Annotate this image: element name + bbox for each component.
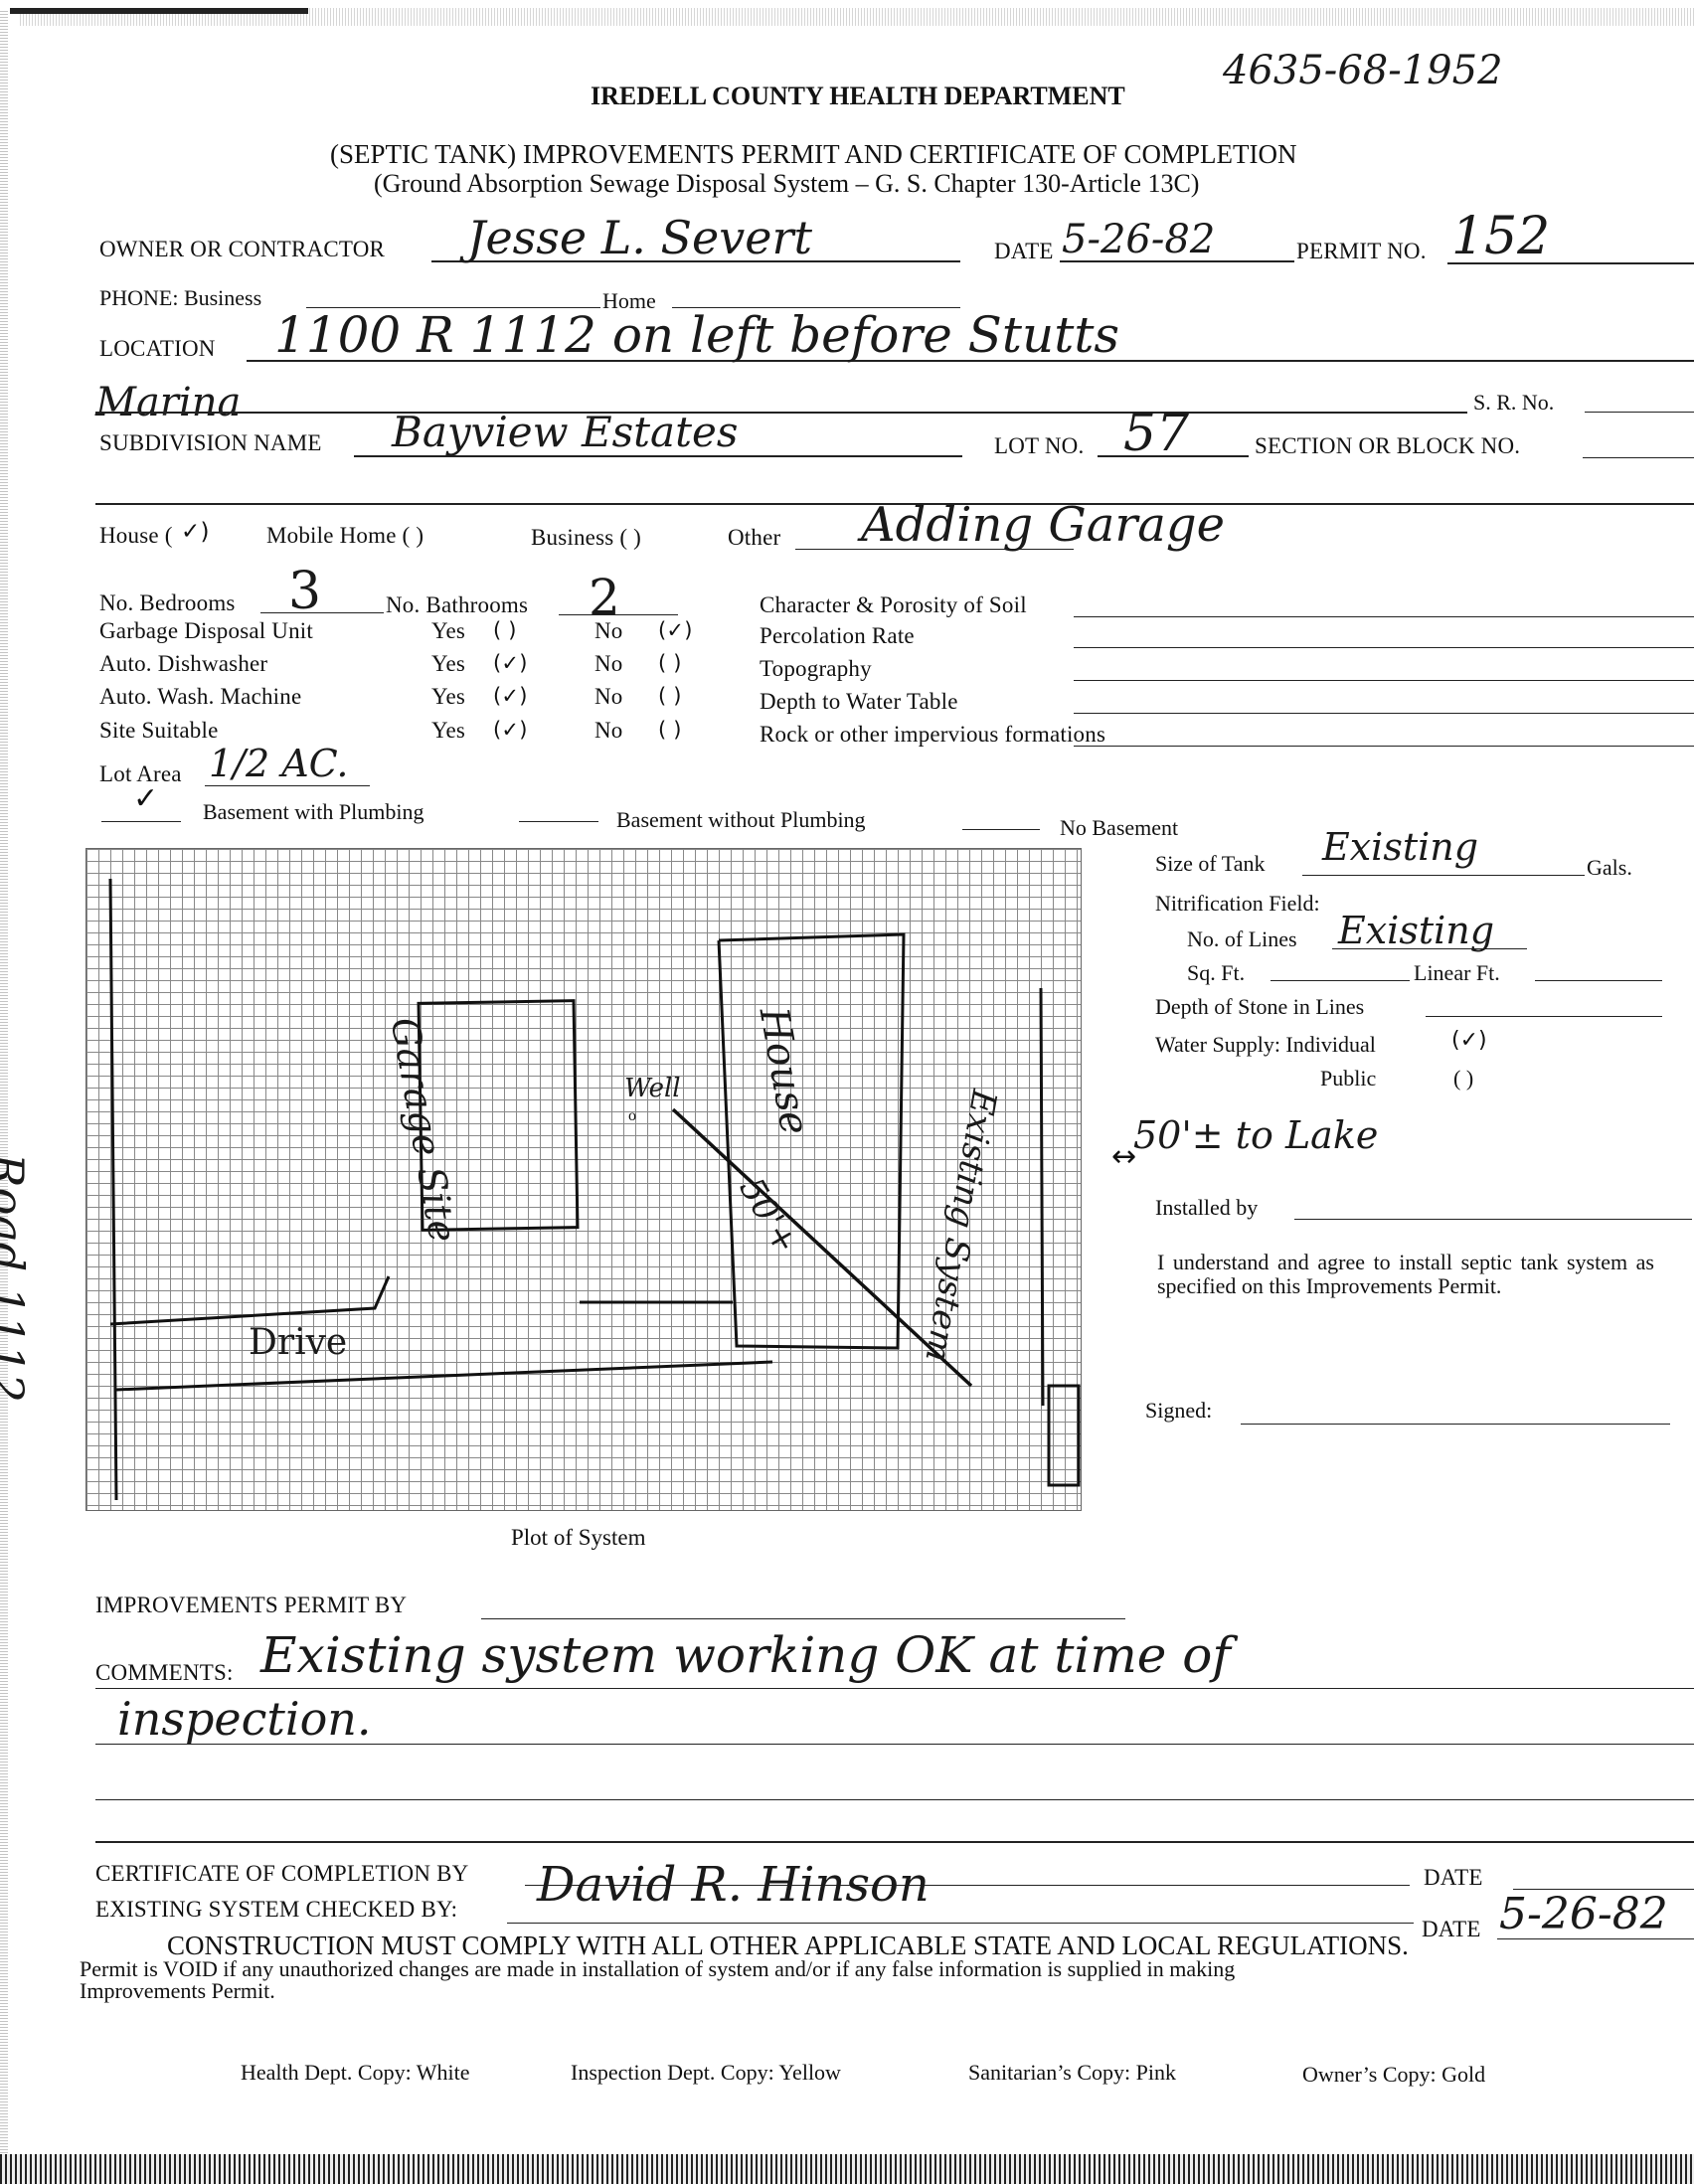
form-subtitle: (Ground Absorption Sewage Disposal Syste… [374, 169, 1199, 199]
linear-ft-field[interactable] [1535, 980, 1662, 981]
copy-owner: Owner’s Copy: Gold [1302, 2062, 1485, 2088]
appliance-label: Auto. Dishwasher [99, 651, 267, 677]
checked-by-label: EXISTING SYSTEM CHECKED BY: [95, 1897, 457, 1923]
soil-field[interactable] [1074, 746, 1694, 747]
plot-grid [85, 848, 1082, 1511]
yes-checkbox[interactable]: (✓) [493, 651, 528, 675]
owner-label: OWNER OR CONTRACTOR [99, 237, 385, 262]
section-label: SECTION OR BLOCK NO. [1255, 433, 1520, 459]
plot-well-label: Well [624, 1074, 681, 1103]
phone-business-label: PHONE: Business [99, 285, 261, 311]
soil-label: Rock or other impervious formations [760, 722, 1105, 748]
water-individual-checkbox[interactable]: (✓) [1451, 1028, 1487, 1053]
tank-size-line [1302, 875, 1585, 876]
yes-label: Yes [431, 618, 465, 644]
no-label: No [594, 618, 623, 644]
plot-road-label: Road 1112 [0, 1153, 34, 1403]
water-individual-label: Water Supply: Individual [1155, 1032, 1376, 1058]
plot-drawing [86, 849, 1081, 1510]
mobile-home-checkbox[interactable]: Mobile Home ( ) [266, 523, 423, 549]
void-notice-2: Improvements Permit. [80, 1978, 275, 2004]
installed-by-label: Installed by [1155, 1195, 1258, 1221]
no-label: No [594, 718, 623, 744]
gals-label: Gals. [1587, 855, 1632, 881]
checked-by-line [507, 1923, 1414, 1924]
arrow-icon: ↔ [1111, 1139, 1136, 1174]
scan-edge-dark [10, 8, 308, 14]
permit-no-field[interactable]: 152 [1451, 207, 1550, 266]
certificate-label: CERTIFICATE OF COMPLETION BY [95, 1861, 468, 1887]
appliance-label: Garbage Disposal Unit [99, 618, 313, 644]
lot-area-field[interactable]: 1/2 AC. [209, 742, 348, 785]
basement-with-check: ✓ [133, 781, 158, 816]
section-field[interactable] [1583, 457, 1694, 458]
house-checkbox[interactable]: ✓) [181, 519, 210, 545]
other-field[interactable]: Adding Garage [861, 497, 1225, 553]
lines-field[interactable]: Existing [1338, 909, 1494, 952]
plot-drive-label: Drive [249, 1322, 347, 1363]
lines-label: No. of Lines [1187, 926, 1297, 952]
yes-checkbox[interactable]: ( ) [493, 618, 517, 642]
sqft-field[interactable] [1270, 980, 1410, 981]
tank-size-field[interactable]: Existing [1322, 825, 1478, 869]
sqft-label: Sq. Ft. [1187, 960, 1245, 986]
owner-field[interactable]: Jesse L. Severt [467, 211, 812, 264]
soil-label: Character & Porosity of Soil [760, 592, 1027, 618]
soil-label: Topography [760, 656, 872, 682]
certificate-signature[interactable]: David R. Hinson [537, 1857, 930, 1913]
basement-without-label: Basement without Plumbing [616, 807, 866, 833]
no-label: No [594, 684, 623, 710]
yes-label: Yes [431, 684, 465, 710]
comments-label: COMMENTS: [95, 1660, 234, 1686]
soil-label: Percolation Rate [760, 623, 915, 649]
no-label: No [594, 651, 623, 677]
yes-checkbox[interactable]: (✓) [493, 684, 528, 708]
permit-by-field[interactable] [481, 1618, 1125, 1619]
signed-label: Signed: [1145, 1398, 1212, 1424]
basement-with-blank[interactable] [101, 821, 181, 822]
lot-no-label: LOT NO. [994, 433, 1084, 459]
lot-no-field[interactable]: 57 [1123, 404, 1189, 463]
basement-without-blank[interactable] [519, 821, 598, 822]
permit-no-label: PERMIT NO. [1296, 239, 1427, 264]
date-label: DATE [994, 239, 1054, 264]
subdivision-field[interactable]: Bayview Estates [392, 408, 738, 456]
comments-line-2[interactable]: inspection. [117, 1692, 372, 1746]
appliance-label: Site Suitable [99, 718, 219, 744]
stone-depth-label: Depth of Stone in Lines [1155, 994, 1364, 1020]
linear-ft-label: Linear Ft. [1414, 960, 1500, 986]
comments-rule-1 [95, 1688, 1694, 1689]
scan-edge-left [0, 10, 8, 2177]
yes-checkbox[interactable]: (✓) [493, 718, 528, 742]
soil-label: Depth to Water Table [760, 689, 958, 715]
handwritten-parcel-number: 4635-68-1952 [1223, 48, 1503, 93]
nitrification-label: Nitrification Field: [1155, 891, 1320, 917]
subdivision-label: SUBDIVISION NAME [99, 430, 322, 456]
permit-by-label: IMPROVEMENTS PERMIT BY [95, 1593, 407, 1618]
date-field[interactable]: 5-26-82 [1062, 217, 1215, 262]
water-public-label: Public [1320, 1066, 1376, 1092]
location-field-line-2[interactable]: Marina [95, 380, 241, 425]
divider-2 [95, 1841, 1694, 1843]
soil-field[interactable] [1074, 713, 1694, 714]
yes-label: Yes [431, 718, 465, 744]
bedrooms-label: No. Bedrooms [99, 590, 236, 616]
no-checkbox[interactable]: ( ) [658, 718, 682, 742]
no-basement-label: No Basement [1060, 815, 1178, 841]
soil-field[interactable] [1074, 680, 1694, 681]
tank-size-label: Size of Tank [1155, 851, 1265, 877]
scan-edge-bottom [0, 2154, 1694, 2184]
copy-inspection-dept: Inspection Dept. Copy: Yellow [571, 2060, 841, 2086]
location-field[interactable]: 1100 R 1112 on left before Stutts [274, 306, 1119, 364]
business-checkbox[interactable]: Business ( ) [531, 525, 641, 551]
sr-no-field[interactable] [1585, 412, 1694, 413]
plot-caption: Plot of System [511, 1525, 645, 1551]
no-checkbox[interactable]: ( ) [658, 651, 682, 675]
agreement-text: I understand and agree to install septic… [1157, 1251, 1654, 1298]
date-1-label: DATE [1424, 1865, 1483, 1891]
basement-with-label: Basement with Plumbing [203, 799, 423, 825]
bathrooms-label: No. Bathrooms [386, 592, 528, 618]
copy-sanitarian: Sanitarian’s Copy: Pink [968, 2060, 1176, 2086]
form-title: (SEPTIC TANK) IMPROVEMENTS PERMIT AND CE… [330, 139, 1297, 170]
signed-field[interactable] [1241, 1424, 1670, 1425]
date-2-field[interactable]: 5-26-82 [1499, 1889, 1668, 1939]
well-marker-icon: o [628, 1107, 636, 1125]
soil-field[interactable] [1074, 616, 1694, 617]
permit-page: 4635-68-1952 IREDELL COUNTY HEALTH DEPAR… [0, 0, 1694, 2184]
lake-distance-note: 50'± to Lake [1133, 1113, 1378, 1157]
other-label: Other [728, 525, 780, 551]
yes-label: Yes [431, 651, 465, 677]
copy-health-dept: Health Dept. Copy: White [241, 2060, 470, 2086]
no-basement-blank[interactable] [962, 829, 1040, 830]
department-name: IREDELL COUNTY HEALTH DEPARTMENT [591, 82, 1125, 111]
lot-area-line [205, 785, 370, 786]
location-line-2 [95, 412, 1467, 414]
soil-field[interactable] [1074, 647, 1694, 648]
stone-depth-field[interactable] [1426, 1016, 1662, 1017]
comments-rule-2 [95, 1744, 1694, 1745]
bedrooms-line [260, 612, 384, 613]
no-checkbox[interactable]: (✓) [658, 618, 693, 642]
comments-rule-3 [95, 1799, 1694, 1800]
house-label: House ( [99, 523, 173, 549]
water-public-checkbox[interactable]: ( ) [1453, 1066, 1473, 1092]
sr-no-label: S. R. No. [1473, 390, 1554, 416]
comments-line-1[interactable]: Existing system working OK at time of [260, 1626, 1231, 1684]
no-checkbox[interactable]: ( ) [658, 684, 682, 708]
date-2-label: DATE [1422, 1917, 1481, 1942]
bedrooms-field[interactable]: 3 [288, 562, 321, 621]
location-label: LOCATION [99, 336, 216, 362]
appliance-label: Auto. Wash. Machine [99, 684, 301, 710]
installed-by-field[interactable] [1294, 1219, 1692, 1220]
